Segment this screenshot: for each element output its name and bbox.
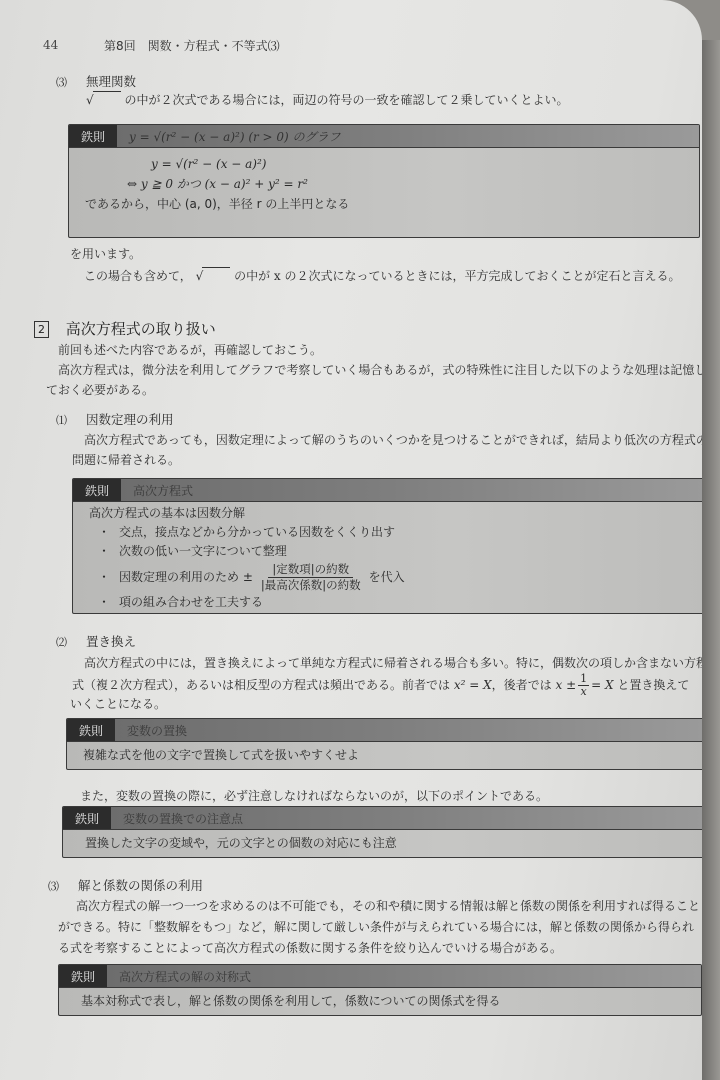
subsection-title: 因数定理の利用	[86, 412, 174, 427]
paragraph: また，変数の置換の際に，必ず注意しなければならないのが，以下のポイントである。	[80, 786, 548, 806]
rule-bullet-item: ・項の組み合わせを工夫する	[89, 593, 689, 612]
rule-title: 高次方程式	[121, 482, 193, 499]
rule-bullet-item: ・次数の低い一文字について整理	[89, 542, 689, 561]
rule-box-variable-substitution: 鉄則 変数の置換 複雑な式を他の文字で置換して式を扱いやすくせよ	[66, 718, 706, 770]
bullet-icon: ・	[89, 568, 119, 587]
rule-tag: 鉄則	[69, 125, 117, 147]
math-expression: x² = X	[454, 678, 492, 692]
paragraph-text: の中が x の２次式になっているときには，平方完成しておくことが定石と言える。	[234, 269, 680, 283]
subsection-title: 置き換え	[86, 634, 136, 649]
rule-body: 複雑な式を他の文字で置換して式を扱いやすくせよ	[67, 742, 705, 768]
bullet-icon: ・	[89, 523, 119, 542]
fraction-denominator: |最高次係数|の約数	[257, 578, 365, 593]
equivalence-symbol: ⇔	[127, 177, 137, 191]
rule-box-semicircle: 鉄則 y = √(r² − (x − a)²) (r > 0) のグラフ y =…	[68, 124, 700, 238]
paragraph: 高次方程式であっても，因数定理によって解のうちのいくつかを見つけることができれば…	[84, 430, 708, 450]
bullet-text: 因数定理の利用のため ±	[119, 568, 253, 587]
fraction: |定数項|の約数 |最高次係数|の約数	[257, 562, 365, 593]
rule-box-higher-degree: 鉄則 高次方程式 高次方程式の基本は因数分解 ・交点，接点などから分かっている因…	[72, 478, 706, 614]
rule-bullet-item: ・因数定理の利用のため ± |定数項|の約数 |最高次係数|の約数 を代入	[89, 561, 689, 593]
rule-tag: 鉄則	[63, 807, 111, 829]
rule-box-symmetric-expressions: 鉄則 高次方程式の解の対称式 基本対称式で表し，解と係数の関係を利用して，係数に…	[58, 964, 702, 1016]
textbook-page: 44 第8回 関数・方程式・不等式⑶ ⑶ 無理関数 √ の中が２次式である場合に…	[0, 0, 702, 1080]
rule-body: 置換した文字の変域や，元の文字との個数の対応にも注意	[63, 830, 705, 856]
page-edge-shadow	[702, 40, 720, 1080]
subsection-heading-irrational: ⑶ 無理関数	[56, 72, 136, 90]
paragraph-irrational-intro: √ の中が２次式である場合には，両辺の符号の一致を確認して２乗していくとよい。	[86, 90, 569, 110]
paragraph: 高次方程式の中には，置き換えによって単純な方程式に帰着される場合も多い。特に，偶…	[84, 653, 708, 673]
subsection-heading-root-coefficient: ⑶ 解と係数の関係の利用	[48, 876, 203, 894]
subsection-number: ⑴	[56, 412, 82, 428]
paragraph: 高次方程式は，微分法を利用してグラフで考察していく場合もあるが，式の特殊性に注目…	[58, 360, 706, 380]
equation-line: y = √(r² − (x − a)²)	[85, 154, 683, 174]
equation-text: y ≧ 0 かつ (x − a)² + y² = r²	[141, 177, 308, 191]
equation-line: ⇔ y ≧ 0 かつ (x − a)² + y² = r²	[85, 174, 683, 194]
subsection-title: 解と係数の関係の利用	[78, 878, 203, 893]
fraction-suffix: を代入	[369, 568, 405, 587]
rule-lead: 高次方程式の基本は因数分解	[89, 504, 689, 523]
bullet-text: 項の組み合わせを工夫する	[119, 595, 263, 609]
bullet-icon: ・	[89, 593, 119, 612]
fraction-denominator: x	[581, 686, 587, 698]
paragraph-text: 式（複２次方程式），あるいは相反型の方程式は頻出である。前者では	[72, 678, 450, 692]
rule-tag: 鉄則	[67, 719, 115, 741]
rule-conclusion: であるから，中心 (a, 0)，半径 r の上半円となる	[85, 194, 683, 214]
sqrt-symbol-icon: √	[196, 269, 231, 283]
fraction-numerator: |定数項|の約数	[268, 562, 353, 578]
chapter-title: 第8回 関数・方程式・不等式⑶	[104, 37, 280, 54]
subsection-number: ⑶	[48, 878, 74, 894]
section-number-box: 2	[34, 321, 49, 338]
paragraph-text: の中が２次式である場合には，両辺の符号の一致を確認して２乗していくとよい。	[124, 93, 568, 107]
paragraph: いくことになる。	[70, 694, 166, 714]
paragraph: 問題に帰着される。	[72, 450, 180, 470]
rule-tag: 鉄則	[73, 479, 121, 501]
paragraph-text: と置き換えて	[617, 678, 689, 692]
rule-header: 鉄則 変数の置換での注意点	[63, 807, 705, 830]
paragraph: 前回も述べた内容であるが，再確認しておこう。	[58, 340, 322, 360]
rule-title: 高次方程式の解の対称式	[107, 968, 251, 985]
subsection-title: 無理関数	[86, 74, 136, 89]
paragraph-text: この場合も含めて，	[84, 269, 192, 283]
paragraph: ておく必要がある。	[46, 380, 154, 400]
math-expression: x ±	[556, 678, 577, 692]
subsection-number: ⑵	[56, 634, 82, 650]
rule-header: 鉄則 変数の置換	[67, 719, 705, 742]
subsection-number: ⑶	[56, 74, 82, 90]
section-title: 高次方程式の取り扱い	[66, 320, 216, 338]
subsection-heading-substitution: ⑵ 置き換え	[56, 632, 136, 650]
paragraph: ができる。特に「整数解をもつ」など，解に関して厳しい条件が与えられている場合には…	[58, 917, 694, 937]
rule-header: 鉄則 高次方程式の解の対称式	[59, 965, 701, 988]
rule-body: y = √(r² − (x − a)²) ⇔ y ≧ 0 かつ (x − a)²…	[69, 148, 699, 220]
bullet-text: 次数の低い一文字について整理	[119, 544, 287, 558]
rule-header: 鉄則 高次方程式	[73, 479, 705, 502]
rule-title: 変数の置換	[115, 722, 187, 739]
paragraph: る式を考察することによって高次方程式の係数に関する条件を絞り込んでいける場合があ…	[58, 938, 562, 958]
fraction: 1x	[578, 673, 589, 698]
section-heading: 2 高次方程式の取り扱い	[34, 318, 216, 339]
rule-box-substitution-caution: 鉄則 変数の置換での注意点 置換した文字の変域や，元の文字との個数の対応にも注意	[62, 806, 706, 858]
rule-body: 高次方程式の基本は因数分解 ・交点，接点などから分かっている因数をくくり出す ・…	[73, 502, 705, 614]
paragraph-text: ，後者では	[492, 678, 552, 692]
paragraph-note: この場合も含めて， √ の中が x の２次式になっているときには，平方完成してお…	[84, 266, 680, 286]
bullet-text: 交点，接点などから分かっている因数をくくり出す	[119, 525, 395, 539]
rule-tag: 鉄則	[59, 965, 107, 987]
paragraph: 高次方程式の解一つ一つを求めるのは不可能でも，その和や積に関する情報は解と係数の…	[76, 896, 700, 916]
rule-body: 基本対称式で表し，解と係数の関係を利用して，係数についての関係式を得る	[59, 988, 701, 1014]
math-expression: = X	[591, 678, 613, 692]
page-number: 44	[43, 38, 58, 52]
subsection-heading-factor-theorem: ⑴ 因数定理の利用	[56, 410, 174, 428]
bullet-icon: ・	[89, 542, 119, 561]
sqrt-symbol-icon: √	[86, 93, 121, 107]
rule-title: 変数の置換での注意点	[111, 810, 243, 827]
rule-title: y = √(r² − (x − a)²) (r > 0) のグラフ	[117, 128, 341, 145]
rule-header: 鉄則 y = √(r² − (x − a)²) (r > 0) のグラフ	[69, 125, 699, 148]
paragraph-after-rule: を用います。	[70, 244, 141, 264]
rule-bullet-item: ・交点，接点などから分かっている因数をくくり出す	[89, 523, 689, 542]
